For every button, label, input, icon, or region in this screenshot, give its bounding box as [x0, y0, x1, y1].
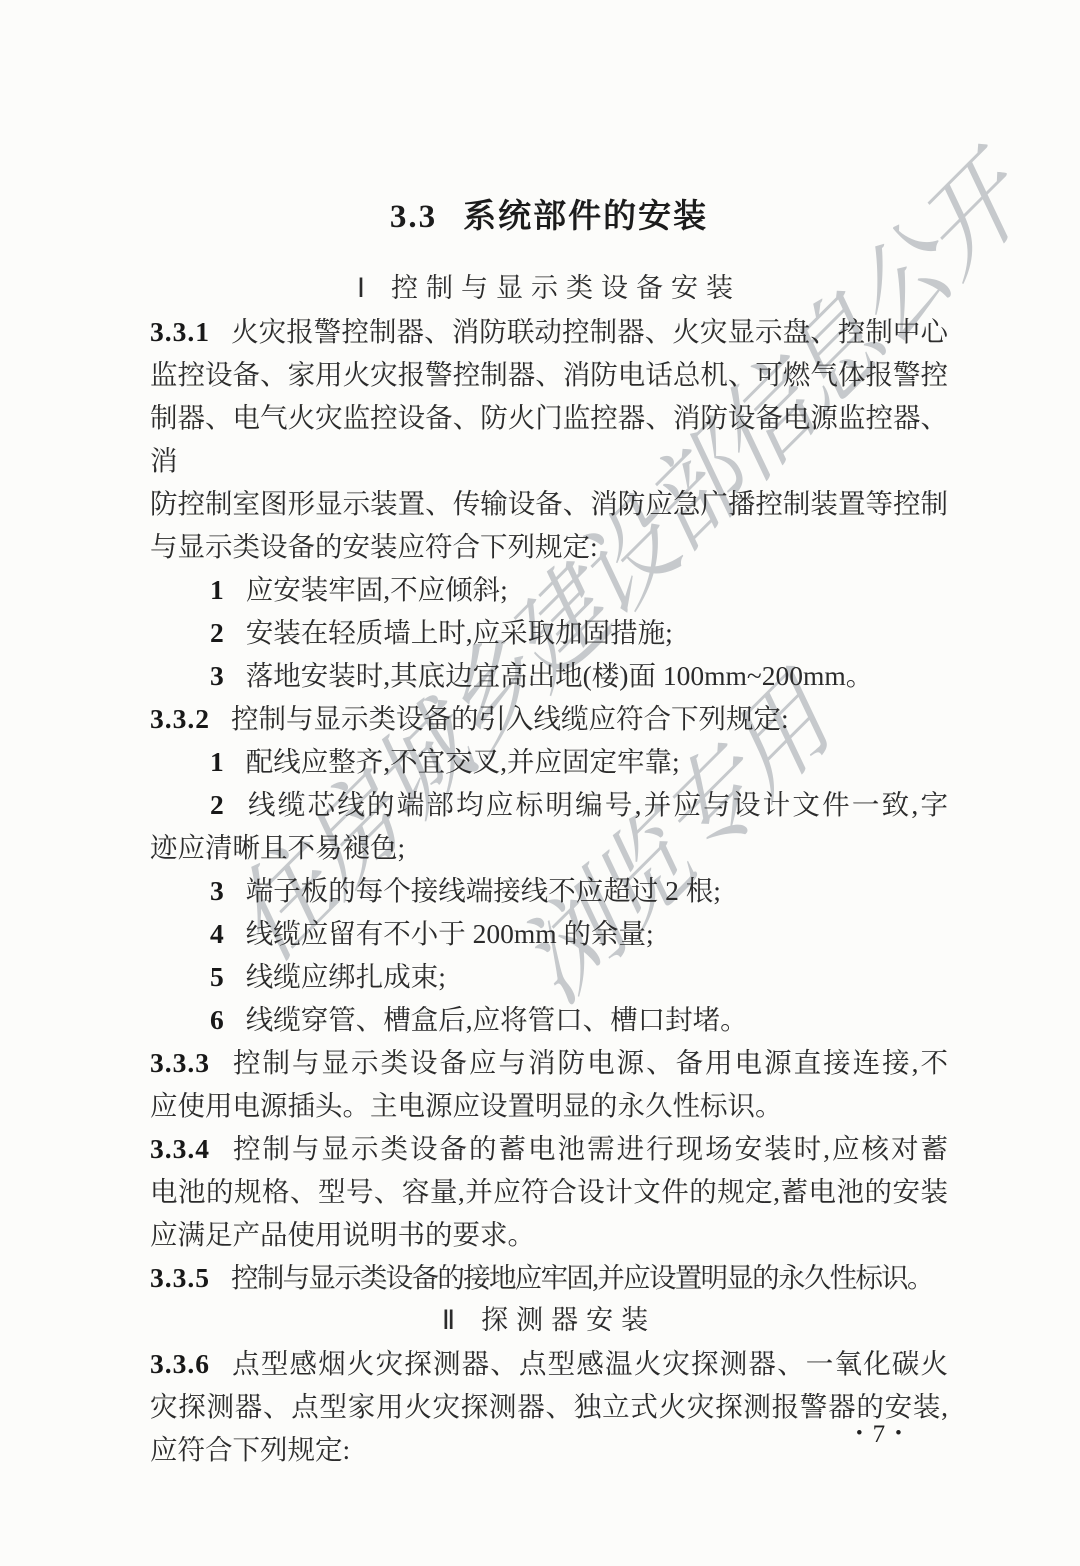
- clause-number: 3.3.3: [150, 1047, 210, 1078]
- clause-number: 2: [210, 789, 225, 820]
- clause-number: 3.3.2: [150, 703, 210, 734]
- text-line-clause-2: 2线缆芯线的端部均应标明编号,并应与设计文件一致,字: [150, 783, 948, 826]
- text-line-clause-4: 4线缆应留有不小于 200mm 的余量;: [150, 912, 948, 955]
- text-line: 应使用电源插头。主电源应设置明显的永久性标识。: [150, 1084, 948, 1127]
- scanned-page: 住房城乡建设部信息公开 浏览专用 3.3系统部件的安装 Ⅰ控制与显示类设备安装3…: [0, 0, 1080, 1566]
- page-number-value: 7: [873, 1421, 886, 1448]
- clause-number: 1: [210, 746, 225, 777]
- text-line-clause-1: 1应安装牢固,不应倾斜;: [150, 568, 948, 611]
- text-line-clause-3.3.6: 3.3.6点型感烟火灾探测器、点型感温火灾探测器、一氧化碳火: [150, 1342, 948, 1385]
- clause-number: 3.3.1: [150, 316, 210, 347]
- clause-number: 1: [210, 574, 225, 605]
- clause-number: 3.3.5: [150, 1262, 210, 1293]
- page-number-left-dot: •: [856, 1423, 863, 1444]
- section-title: 3.3系统部件的安装: [150, 197, 948, 236]
- section-title-text: 系统部件的安装: [463, 197, 708, 234]
- text-line: 应满足产品使用说明书的要求。: [150, 1213, 948, 1256]
- text-line-clause-3: 3端子板的每个接线端接线不应超过 2 根;: [150, 869, 948, 912]
- text-line: 电池的规格、型号、容量,并应符合设计文件的规定,蓄电池的安装: [150, 1170, 948, 1213]
- subheading-numeral: Ⅱ: [442, 1305, 455, 1335]
- section-title-number: 3.3: [390, 199, 437, 235]
- page-number: •7•: [856, 1419, 902, 1450]
- text-line: 应符合下列规定:: [150, 1428, 948, 1471]
- text-line: 防控制室图形显示装置、传输设备、消防应急广播控制装置等控制: [150, 482, 948, 525]
- text-line-clause-2: 2安装在轻质墙上时,应采取加固措施;: [150, 611, 948, 654]
- text-line-clause-6: 6线缆穿管、槽盒后,应将管口、槽口封堵。: [150, 998, 948, 1041]
- subheading-label: 控制与显示类设备安装: [391, 273, 741, 303]
- clause-number: 5: [210, 961, 225, 992]
- clause-number: 3: [210, 660, 225, 691]
- text-line: 灾探测器、点型家用火灾探测器、独立式火灾探测报警器的安装,: [150, 1385, 948, 1428]
- text-line-clause-3.3.3: 3.3.3控制与显示类设备应与消防电源、备用电源直接连接,不: [150, 1041, 948, 1084]
- text-line: 制器、电气火灾监控设备、防火门监控器、消防设备电源监控器、消: [150, 396, 948, 482]
- text-line-clause-3.3.4: 3.3.4控制与显示类设备的蓄电池需进行现场安装时,应核对蓄: [150, 1127, 948, 1170]
- clause-number: 6: [210, 1004, 225, 1035]
- clause-number: 3: [210, 875, 225, 906]
- document-page: { "page": { "title": { "number": "3.3", …: [0, 0, 1080, 1566]
- text-line: 监控设备、家用火灾报警控制器、消防电话总机、可燃气体报警控: [150, 353, 948, 396]
- clause-number: 3.3.4: [150, 1133, 210, 1164]
- clause-number: 2: [210, 617, 225, 648]
- clause-number: 3.3.6: [150, 1348, 210, 1379]
- text-line-clause-3: 3落地安装时,其底边宜高出地(楼)面 100mm~200mm。: [150, 654, 948, 697]
- clause-number: 4: [210, 918, 225, 949]
- page-number-right-dot: •: [895, 1423, 902, 1444]
- text-line-clause-3.3.5: 3.3.5控制与显示类设备的接地应牢固,并应设置明显的永久性标识。: [150, 1256, 948, 1299]
- subheading-numeral: Ⅰ: [357, 273, 365, 303]
- body-text: Ⅰ控制与显示类设备安装3.3.1火灾报警控制器、消防联动控制器、火灾显示盘、控制…: [150, 267, 948, 1471]
- text-line-clause-5: 5线缆应绑扎成束;: [150, 955, 948, 998]
- text-line: 迹应清晰且不易褪色;: [150, 826, 948, 869]
- subheading-Ⅰ: Ⅰ控制与显示类设备安装: [150, 267, 948, 310]
- subheading-Ⅱ: Ⅱ探测器安装: [150, 1299, 948, 1342]
- text-line-clause-1: 1配线应整齐,不宜交叉,并应固定牢靠;: [150, 740, 948, 783]
- subheading-label: 探测器安装: [481, 1305, 656, 1335]
- page-content: 3.3系统部件的安装 Ⅰ控制与显示类设备安装3.3.1火灾报警控制器、消防联动控…: [150, 197, 948, 1471]
- text-line: 与显示类设备的安装应符合下列规定:: [150, 525, 948, 568]
- text-line-clause-3.3.1: 3.3.1火灾报警控制器、消防联动控制器、火灾显示盘、控制中心: [150, 310, 948, 353]
- text-line-clause-3.3.2: 3.3.2控制与显示类设备的引入线缆应符合下列规定:: [150, 697, 948, 740]
